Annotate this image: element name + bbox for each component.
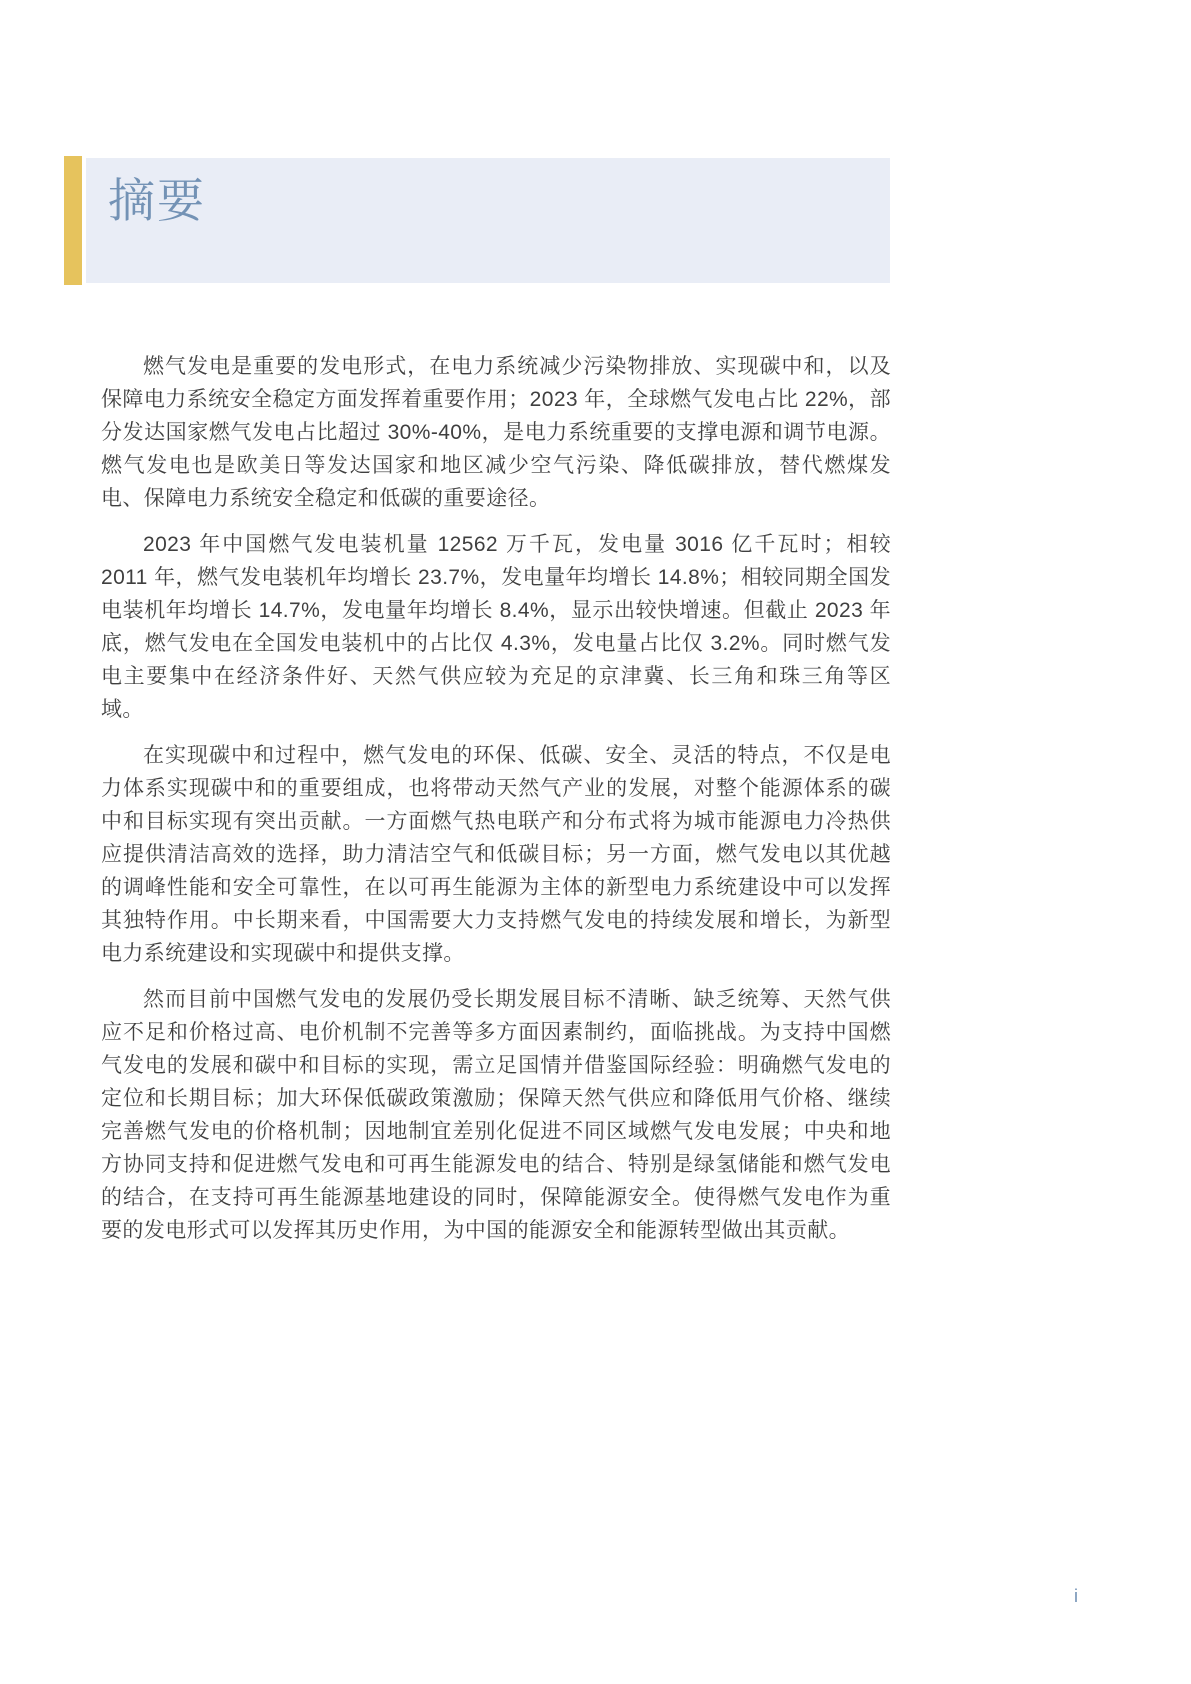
title-band: 摘要 — [86, 158, 890, 283]
abstract-paragraph-3: 在实现碳中和过程中，燃气发电的环保、低碳、安全、灵活的特点，不仅是电力体系实现碳… — [101, 739, 891, 970]
page-number: i — [1064, 1584, 1088, 1608]
accent-bar — [64, 156, 82, 285]
abstract-paragraph-4: 然而目前中国燃气发电的发展仍受长期发展目标不清晰、缺乏统筹、天然气供应不足和价格… — [101, 983, 891, 1247]
abstract-body: 燃气发电是重要的发电形式，在电力系统减少污染物排放、实现碳中和，以及保障电力系统… — [101, 350, 891, 1260]
abstract-paragraph-2: 2023 年中国燃气发电装机量 12562 万千瓦，发电量 3016 亿千瓦时；… — [101, 528, 891, 726]
abstract-paragraph-1: 燃气发电是重要的发电形式，在电力系统减少污染物排放、实现碳中和，以及保障电力系统… — [101, 350, 891, 515]
document-page: 摘要 燃气发电是重要的发电形式，在电力系统减少污染物排放、实现碳中和，以及保障电… — [0, 0, 1191, 1684]
section-title: 摘要 — [108, 174, 890, 228]
